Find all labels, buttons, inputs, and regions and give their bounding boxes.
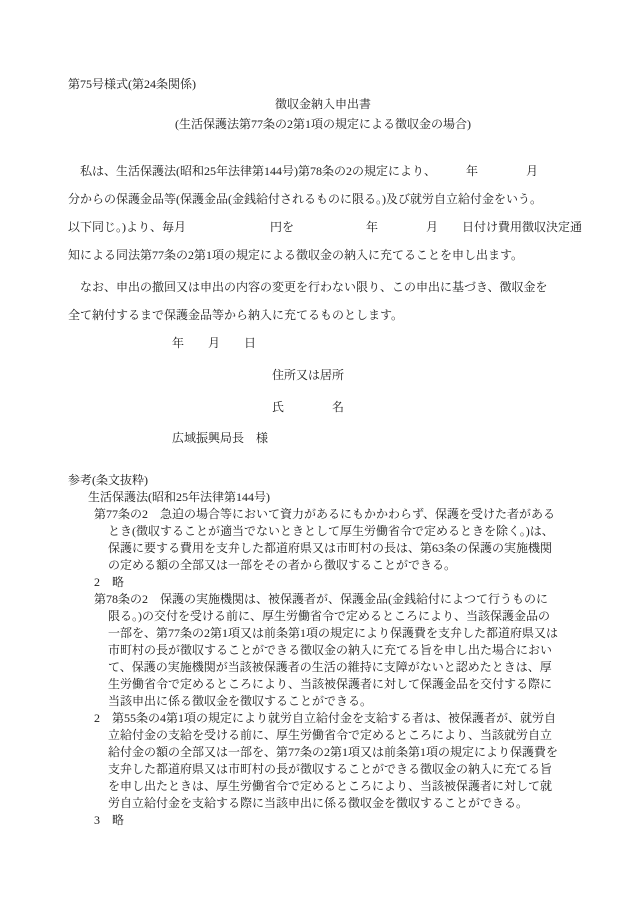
name-label: 氏 名	[272, 393, 590, 421]
body-line: 知による同法第77条の2第1項の規定による徴収金の納入に充てることを申し出ます。	[68, 241, 590, 269]
body-line: 以下同じ。)より、毎月 円を 年 月 日付け費用徴収決定通	[68, 213, 590, 241]
reference-line: 第78条の2 保護の実施機関は、被保護者が、保護金品(金銭給付によつて行うものに	[94, 591, 590, 608]
page-subtitle: (生活保護法第77条の2第1項の規定による徴収金の場合)	[56, 114, 590, 134]
reference-line: 3 略	[94, 812, 590, 829]
reference-heading: 参考(条文抜粋)	[68, 472, 590, 489]
note-paragraph: なお、申出の撤回又は申出の内容の変更を行わない限り、この申出に基づき、徴収金を …	[68, 273, 590, 329]
reference-line: 労自立給付金を支給する際に当該申出に係る徴収金を徴収することができる。	[108, 795, 590, 812]
reference-line: 立給付金の支給を受ける前に、厚生労働省令で定めるところにより、当該就労自立	[108, 727, 590, 744]
document-page: 第75号様式(第24条関係) 徴収金納入申出書 (生活保護法第77条の2第1項の…	[0, 0, 630, 903]
law-title: 生活保護法(昭和25年法律第144号)	[88, 489, 590, 506]
recipient-line: 広域振興局長 様	[172, 424, 590, 452]
body-line: 分からの保護金品等(保護金品(金銭給付されるものに限る。)及び就労自立給付金をい…	[68, 185, 590, 213]
reference-line: 2 略	[94, 574, 590, 591]
address-label: 住所又は居所	[272, 361, 590, 389]
reference-line: 生労働省令で定めるところにより、当該被保護者に対して保護金品を交付する際に	[108, 676, 590, 693]
reference-line: 支弁した都道府県又は市町村の長が徴収することができる徴収金の納入に充てる旨	[108, 761, 590, 778]
page-title: 徴収金納入申出書	[56, 94, 590, 114]
declaration-paragraph: 私は、生活保護法(昭和25年法律第144号)第78条の2の規定により、 年 月 …	[68, 157, 590, 269]
reference-line: 保護に要する費用を支弁した都道府県又は市町村の長は、第63条の保護の実施機関	[108, 540, 590, 557]
reference-line: を申し出たときは、厚生労働省令で定めるところにより、当該被保護者に対して就	[108, 778, 590, 795]
reference-line: 限る。)の交付を受ける前に、厚生労働省令で定めるところにより、当該保護金品の	[108, 608, 590, 625]
reference-line: て、保護の実施機関が当該被保護者の生活の維持に支障がないと認めたときは、厚	[108, 659, 590, 676]
reference-line: 当該申出に係る徴収金を徴収することができる。	[108, 693, 590, 710]
form-number: 第75号様式(第24条関係)	[68, 74, 590, 94]
body-line: 私は、生活保護法(昭和25年法律第144号)第78条の2の規定により、 年 月	[68, 157, 590, 185]
reference-line: の定める額の全部又は一部をその者から徴収することができる。	[108, 557, 590, 574]
reference-line: 市町村の長が徴収することができる徴収金の納入に充てる旨を申し出た場合におい	[108, 642, 590, 659]
reference-section: 参考(条文抜粋) 生活保護法(昭和25年法律第144号) 第77条の2 急迫の場…	[68, 472, 590, 829]
reference-line: 2 第55条の4第1項の規定により就労自立給付金を支給する者は、被保護者が、就労…	[94, 710, 590, 727]
reference-line: 第77条の2 急迫の場合等において資力があるにもかかわらず、保護を受けた者がある	[94, 506, 590, 523]
date-field: 年 月 日	[172, 329, 590, 357]
body-line: なお、申出の撤回又は申出の内容の変更を行わない限り、この申出に基づき、徴収金を	[68, 273, 590, 301]
body-line: 全て納付するまで保護金品等から納入に充てるものとします。	[68, 301, 590, 329]
reference-line: とき(徴収することが適当でないときとして厚生労働省令で定めるときを除く。)は、	[108, 523, 590, 540]
reference-line: 一部を、第77条の2第1項又は前条第1項の規定により保護費を支弁した都道府県又は	[108, 625, 590, 642]
reference-line: 給付金の額の全部又は一部を、第77条の2第1項又は前条第1項の規定により保護費を	[108, 744, 590, 761]
